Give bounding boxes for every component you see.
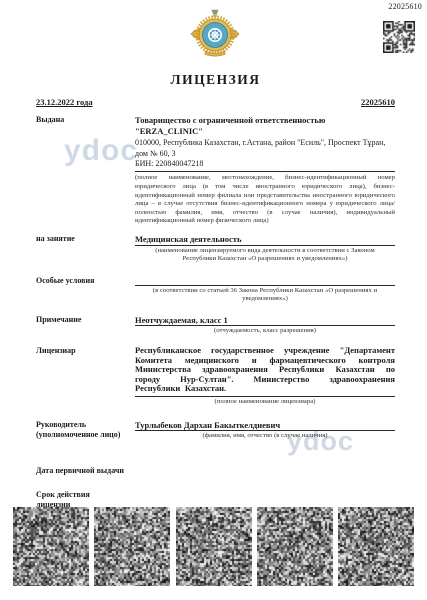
document-body: ЛИЦЕНЗИЯ 23.12.2022 года 22025610 Выдана… <box>36 0 395 535</box>
special-conditions-value <box>135 276 395 286</box>
field-remark: Примечание Неотчуждаемая, класс 1 (отчуж… <box>36 315 395 336</box>
company-name: Товарищество с ограниченной ответственно… <box>135 115 395 136</box>
date-number-row: 23.12.2022 года 22025610 <box>36 97 395 107</box>
field-special-conditions: Особые условия (в соответствии со статье… <box>36 276 395 304</box>
license-document: 22025610 ydoc ydoc ЛИЦЕНЗИЯ 23.12.2022 г… <box>0 0 427 600</box>
field-label-first-issue: Дата первичной выдачи <box>36 466 395 476</box>
license-number: 22025610 <box>361 97 395 107</box>
field-head: Руководитель (уполномоченное лицо) Турлы… <box>36 420 395 441</box>
field-label-issued-to: Выдана <box>36 115 135 226</box>
activity-value: Медицинская деятельность <box>135 234 395 246</box>
data-matrix-barcode-2 <box>94 507 170 586</box>
field-label-head-line1: Руководитель <box>36 420 135 430</box>
barcode-strip <box>13 507 414 586</box>
issue-date: 23.12.2022 года <box>36 97 93 107</box>
licensor-value: Республиканское государственное учрежден… <box>135 346 395 397</box>
field-issued-to: Выдана Товарищество с ограниченной ответ… <box>36 115 395 226</box>
document-title: ЛИЦЕНЗИЯ <box>36 72 395 88</box>
head-name-value: Турлыбеков Дархан Бакыткелдиевич <box>135 420 395 432</box>
field-label-special-conditions: Особые условия <box>36 276 135 304</box>
data-matrix-barcode-5 <box>338 507 414 586</box>
field-label-activity: на занятие <box>36 234 135 264</box>
field-note-remark: (отчуждаемость, класс разрешения) <box>151 327 380 336</box>
field-note-head: (фамилия, имя, отчество (в случае наличи… <box>151 432 380 441</box>
field-note-issued-to: (полное наименование, местонахождение, б… <box>135 174 395 225</box>
remark-value: Неотчуждаемая, класс 1 <box>135 315 395 327</box>
data-matrix-barcode-4 <box>257 507 333 586</box>
data-matrix-barcode-3 <box>176 507 252 586</box>
company-bin: БИН: 220840047218 <box>135 159 395 169</box>
field-label-licensor: Лицензиар <box>36 346 135 407</box>
field-activity: на занятие Медицинская деятельность (наи… <box>36 234 395 264</box>
field-label-head-line2: (уполномоченное лицо) <box>36 430 135 440</box>
divider-line <box>135 171 395 172</box>
field-label-validity-line1: Срок действия <box>36 490 135 500</box>
field-first-issue: Дата первичной выдачи <box>36 466 395 476</box>
field-label-remark: Примечание <box>36 315 135 336</box>
field-note-activity: (наименование лицензируемого вида деятел… <box>151 247 380 264</box>
field-note-special-conditions: (в соответствии со статьей 36 Закона Рес… <box>151 287 380 304</box>
field-note-licensor: (полное наименование лицензиара) <box>151 398 380 407</box>
data-matrix-barcode-1 <box>13 507 89 586</box>
field-licensor: Лицензиар Республиканское государственно… <box>36 346 395 407</box>
company-address: 010000, Республика Казахстан, г.Астана, … <box>135 138 395 159</box>
